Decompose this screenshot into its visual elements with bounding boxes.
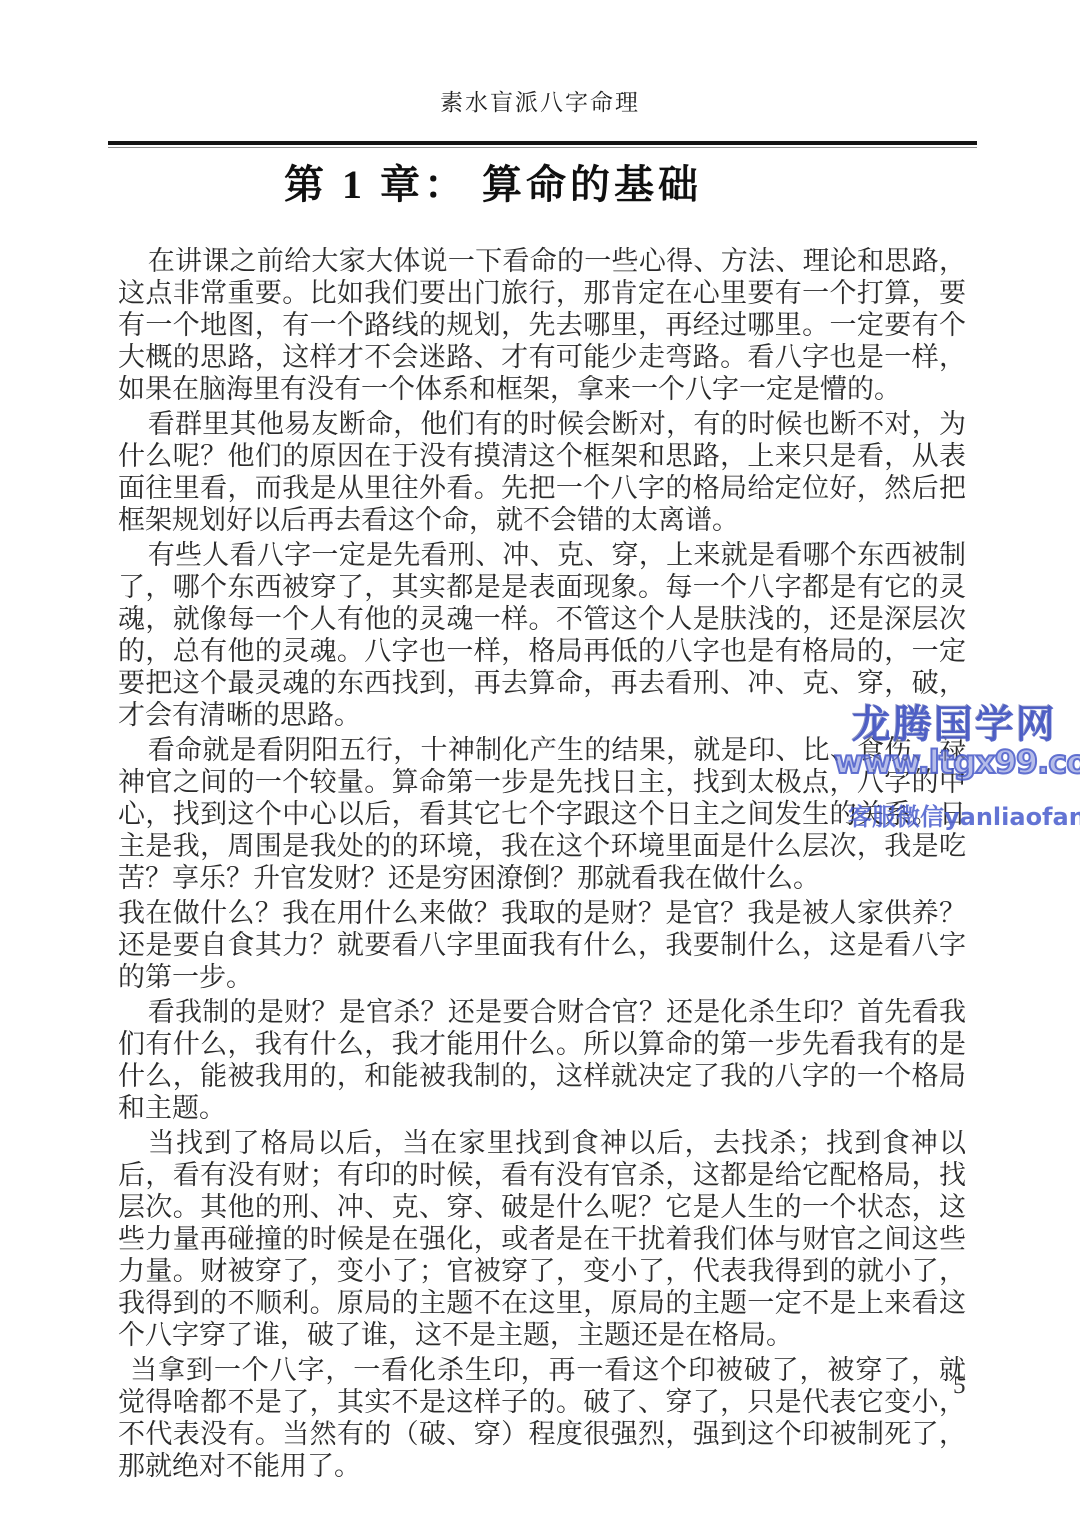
paragraph: 当拿到一个八字，一看化杀生印，再一看这个印被破了，被穿了，就觉得啥都不是了，其实…: [118, 1354, 966, 1482]
paragraph: 在讲课之前给大家大体说一下看命的一些心得、方法、理论和思路，这点非常重要。比如我…: [118, 245, 966, 405]
book-page: 素水盲派八字命理 第 1 章： 算命的基础 在讲课之前给大家大体说一下看命的一些…: [0, 0, 1080, 1528]
watermark-site-name: 龙腾国学网: [852, 694, 1057, 750]
paragraph: 我在做什么？我在用什么来做？我取的是财？是官？我是被人家供养？还是要自食其力？就…: [118, 897, 966, 993]
chapter-heading: 第 1 章： 算命的基础: [0, 153, 1033, 210]
watermark-contact-wechat: 客服微信yanliaofan225: [848, 797, 1080, 832]
chapter-body: 在讲课之前给大家大体说一下看命的一些心得、方法、理论和思路，这点非常重要。比如我…: [118, 245, 966, 1485]
header-divider-rule: [108, 141, 977, 148]
page-number: 5: [953, 1372, 966, 1400]
running-header-book-title: 素水盲派八字命理: [0, 84, 1080, 117]
paragraph: 有些人看八字一定是先看刑、冲、克、穿，上来就是看哪个东西被制了，哪个东西被穿了，…: [118, 539, 966, 731]
watermark-site-url: www.ltgx99.com: [834, 743, 1080, 781]
paragraph: 看群里其他易友断命，他们有的时候会断对，有的时候也断不对，为什么呢？他们的原因在…: [118, 408, 966, 536]
paragraph: 当找到了格局以后，当在家里找到食神以后，去找杀；找到食神以后，看有没有财；有印的…: [118, 1127, 966, 1351]
paragraph: 看我制的是财？是官杀？还是要合财合官？还是化杀生印？首先看我们有什么，我有什么，…: [118, 996, 966, 1124]
